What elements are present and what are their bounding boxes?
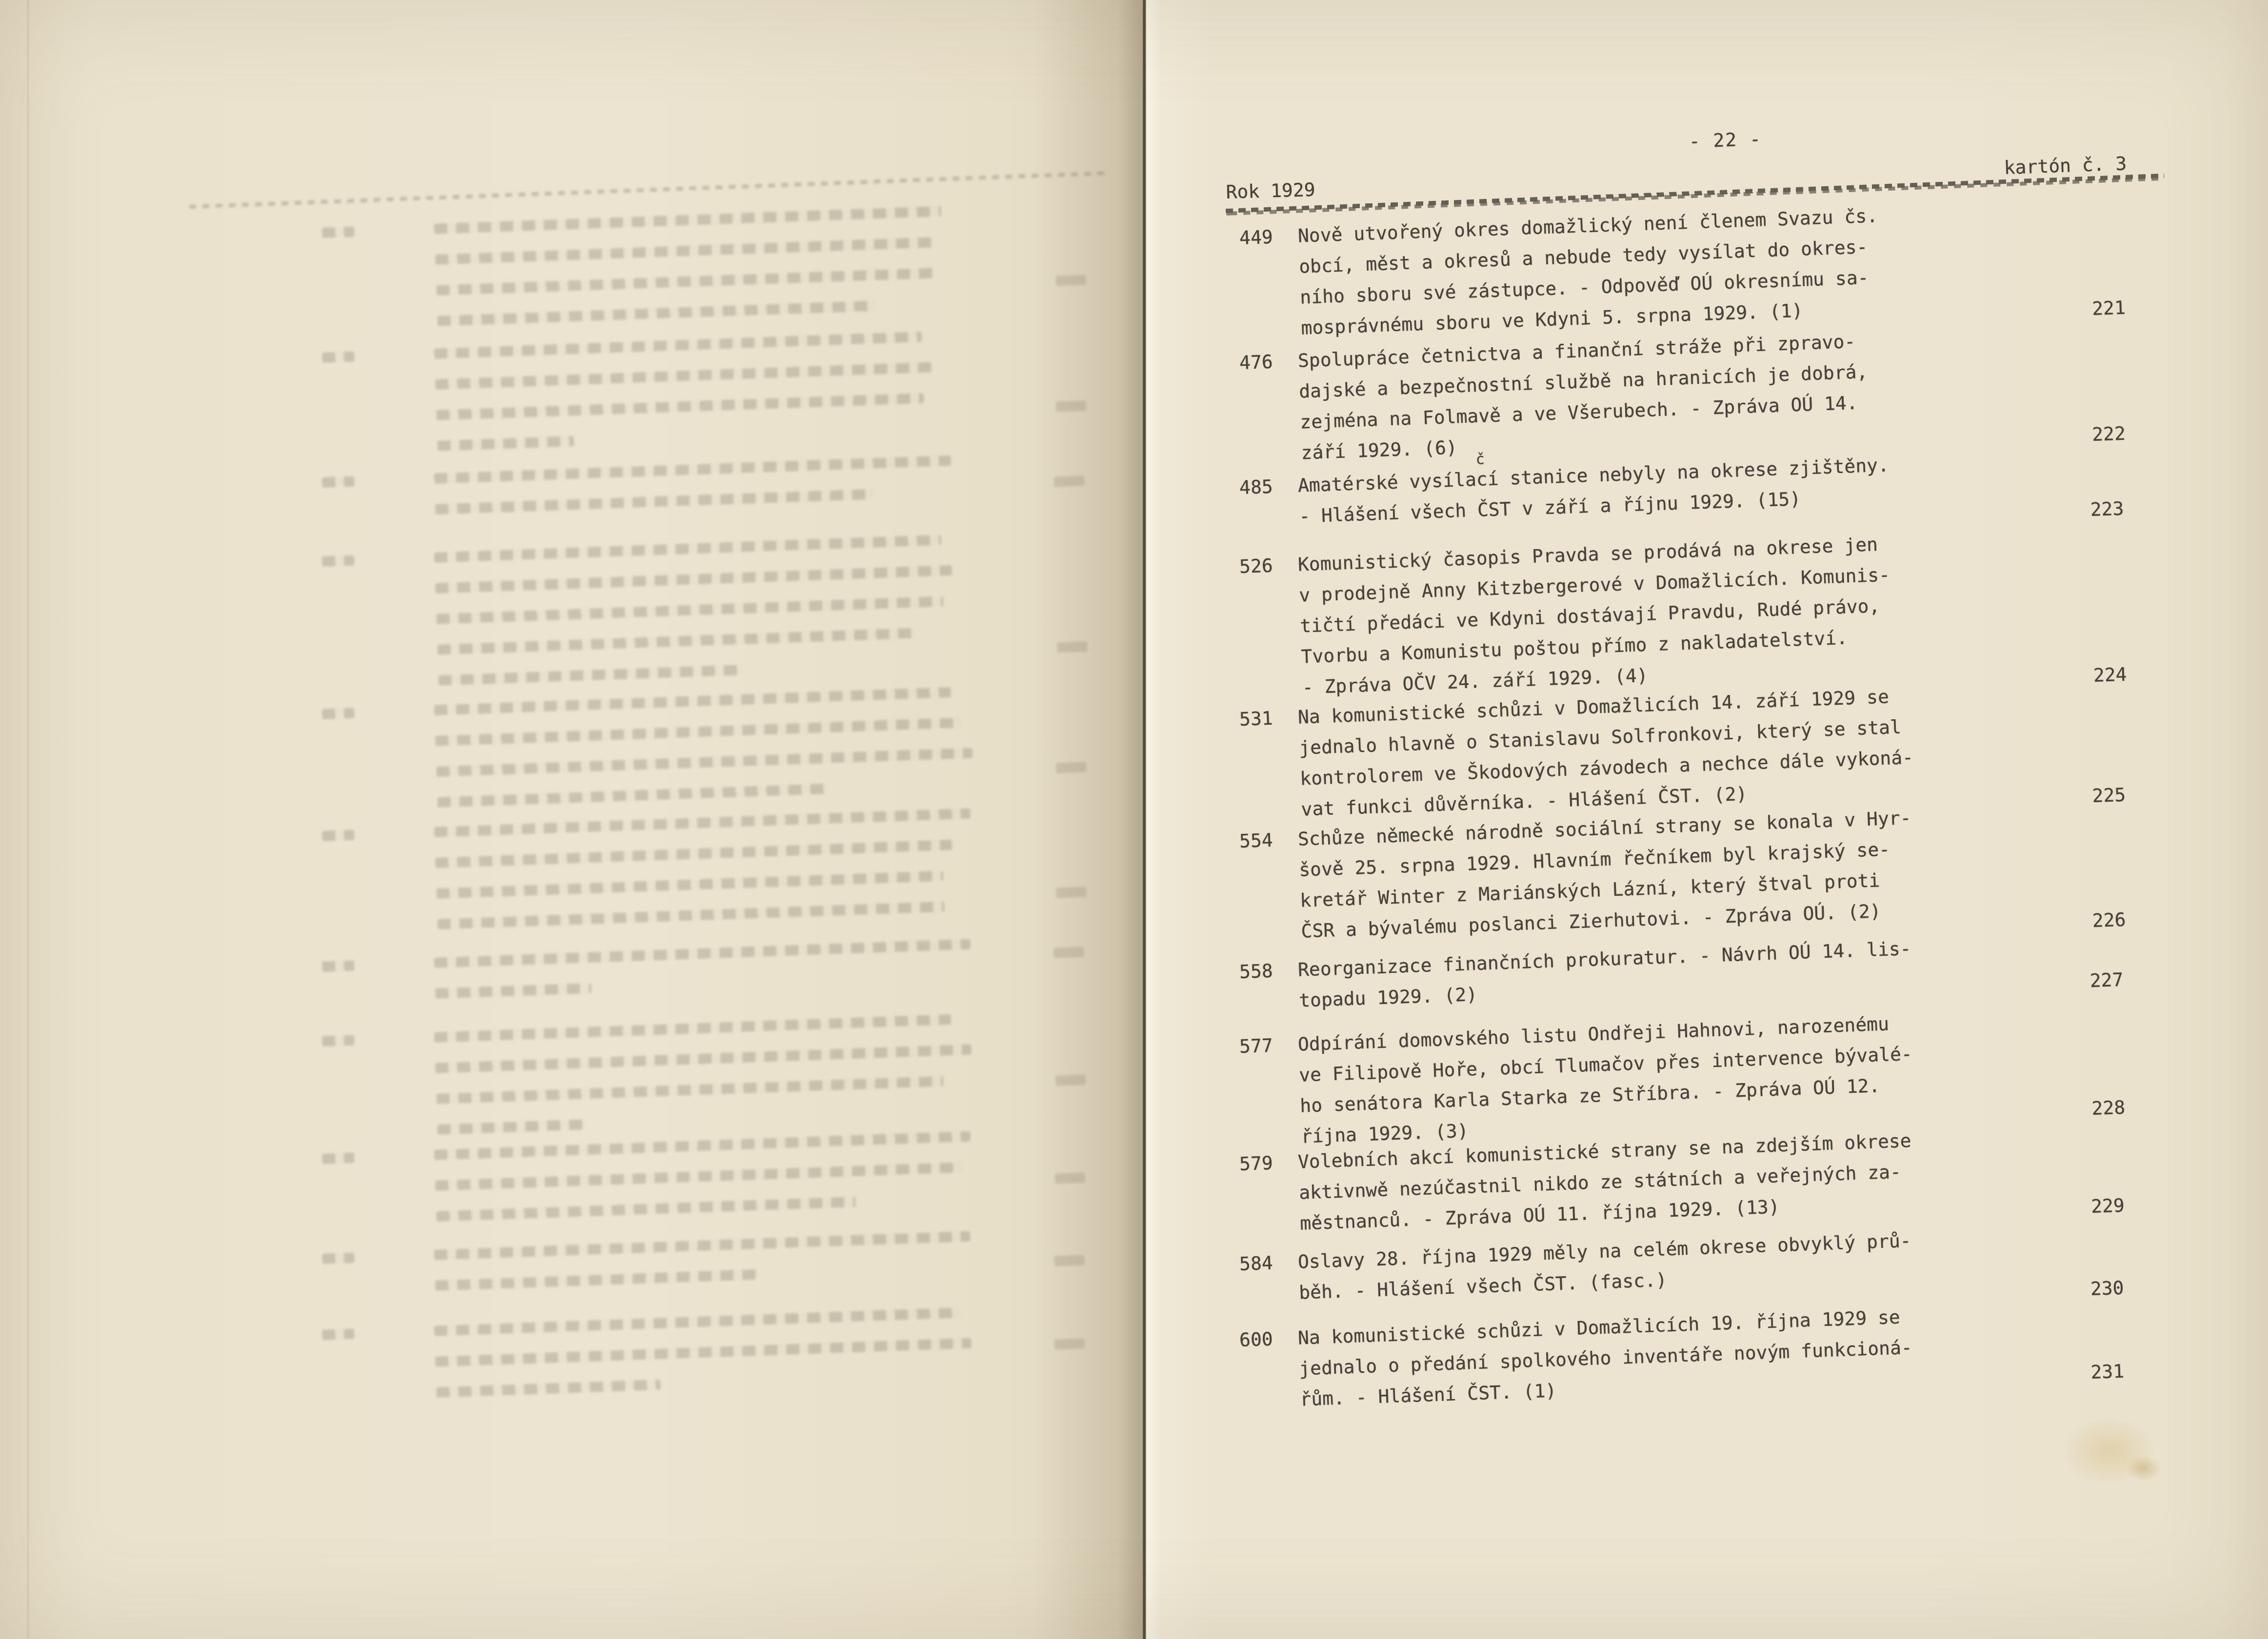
carton-label: kartón č. 3	[2004, 153, 2127, 178]
year-heading: Rok 1929	[1226, 179, 1315, 203]
entry-number: 476	[1239, 347, 1273, 378]
entry-number: 577	[1239, 1030, 1273, 1062]
scanned-document: { "page": { "page_number": "- 22 -", "ca…	[0, 0, 2268, 1639]
entry-number: 449	[1239, 222, 1273, 254]
paper-stain	[2127, 1456, 2161, 1481]
entry-number: 531	[1239, 703, 1273, 735]
ref-number: 225	[2092, 780, 2127, 811]
entry-number: 526	[1239, 551, 1273, 582]
left-page-paper	[0, 0, 1143, 1639]
entry-number: 600	[1239, 1324, 1273, 1356]
paper-crease	[27, 0, 29, 1639]
entry-text: Nově utvořený okres domažlický není člen…	[1297, 200, 1882, 343]
entry-number: 584	[1239, 1248, 1273, 1280]
entry-number: 579	[1239, 1148, 1273, 1180]
overstrike-correction: č	[1475, 452, 1485, 467]
entry-text: Spolupráce četnictva a finanční stráže p…	[1297, 326, 1870, 469]
ref-number: 229	[2090, 1190, 2125, 1222]
ref-number: 222	[2091, 418, 2126, 450]
entry-text: Schůze německé národně sociální strany s…	[1297, 803, 1915, 947]
ref-number: 230	[2090, 1273, 2125, 1304]
ref-number: 224	[2093, 659, 2128, 691]
ref-number: 226	[2092, 905, 2127, 936]
gutter-highlight	[1146, 0, 1161, 1639]
entry-number: 554	[1239, 825, 1273, 857]
binding-gutter	[1143, 0, 1146, 1639]
entry-text: Na komunistické schůzi v Domažlicích 14.…	[1297, 681, 1915, 825]
entry-number: 558	[1239, 956, 1273, 987]
ref-number: 231	[2090, 1356, 2125, 1388]
entry-number: 485	[1239, 472, 1273, 503]
entry-text: Komunistický časopis Pravda se prodává n…	[1297, 529, 1894, 703]
gutter-shadow	[1034, 0, 1143, 1639]
page-number: - 22 -	[1689, 128, 1762, 152]
ref-number: 223	[2090, 494, 2125, 525]
ref-number: 221	[2091, 293, 2126, 324]
ref-number: 228	[2091, 1092, 2126, 1124]
ref-number: 227	[2089, 965, 2124, 996]
